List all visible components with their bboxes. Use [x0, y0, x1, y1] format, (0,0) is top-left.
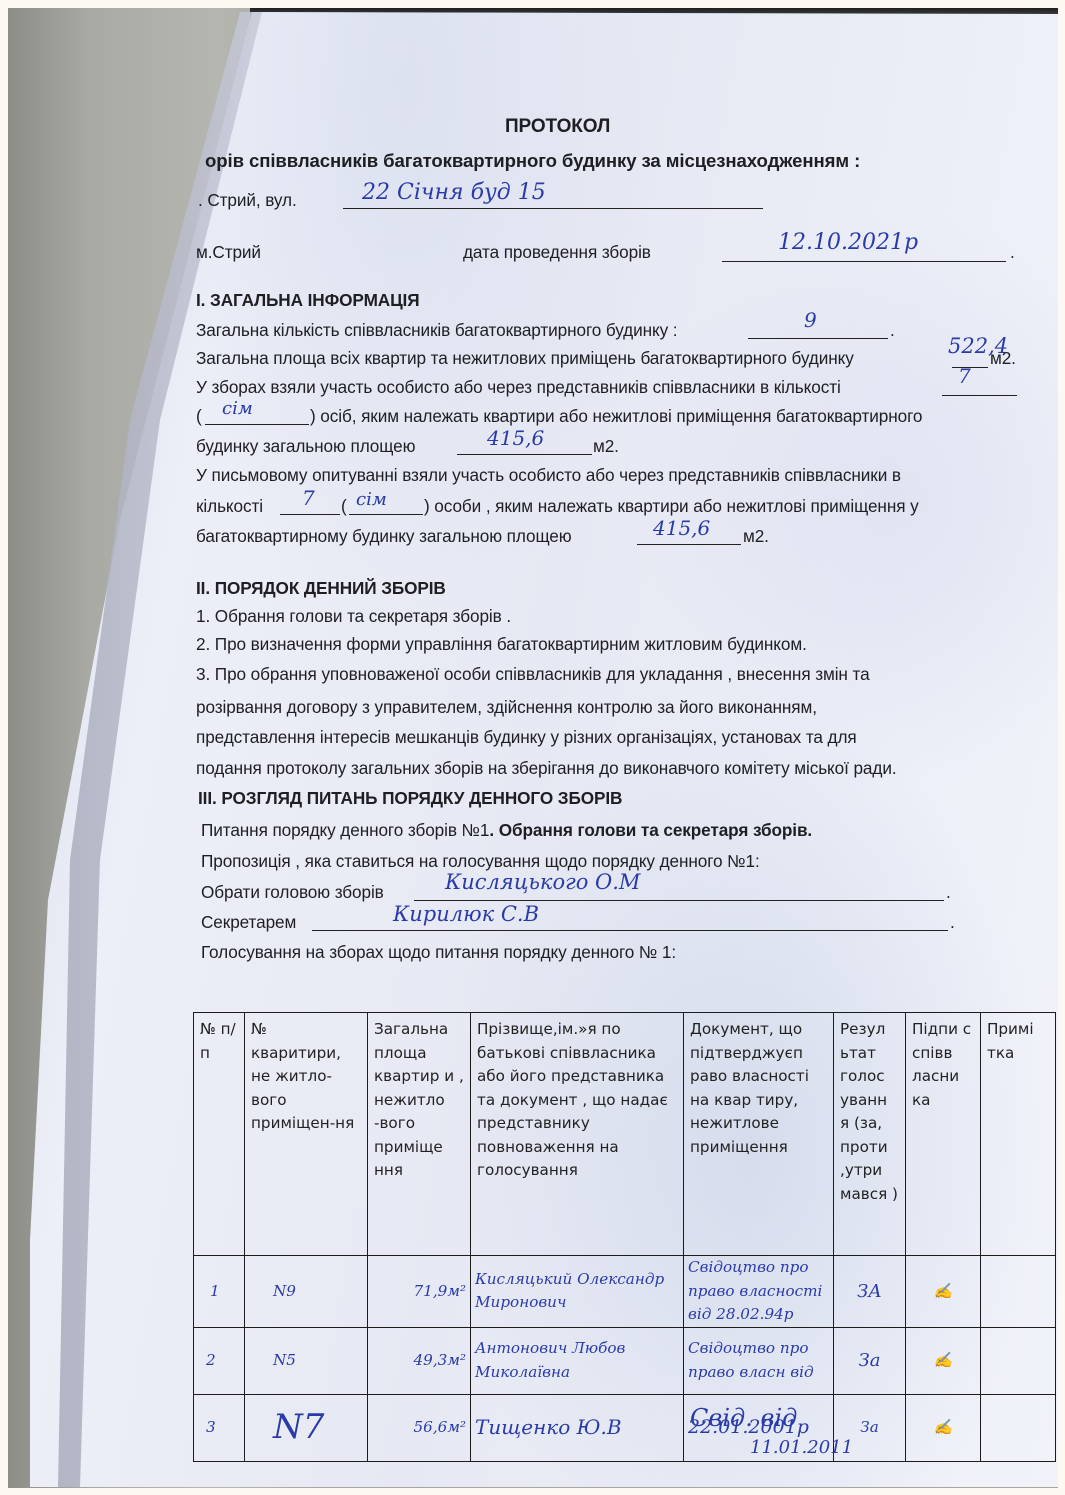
ownership-document[interactable]: Свідоцтво про право власн від: [684, 1327, 834, 1394]
header-row-number: № п/п: [194, 1013, 245, 1256]
city-label: м.Стрий: [196, 242, 261, 263]
total-owners-suffix: .: [890, 320, 895, 341]
owner-name[interactable]: Кисляцький Олександр Миронович: [471, 1256, 684, 1328]
header-vote-result: Резул ьтат голос уванн я (за, проти ,утр…: [834, 1013, 906, 1256]
written-words-open: (: [341, 496, 347, 517]
agenda-item-1: 1. Обрання голови та секретаря зборів .: [196, 606, 511, 627]
apartment-area[interactable]: 56,6м²: [368, 1394, 471, 1461]
chair-suffix: .: [946, 882, 951, 903]
vote-result[interactable]: ЗА: [834, 1256, 906, 1328]
table-row: 3 N7 56,6м² Тищенко Ю.В 22.01.2001р За ✍: [194, 1394, 1056, 1461]
secretary-suffix: .: [950, 912, 955, 933]
written-area-value[interactable]: 415,6: [653, 516, 710, 540]
apartment-number[interactable]: N9: [245, 1256, 368, 1328]
meeting-date[interactable]: 12.10.2021р: [778, 230, 918, 255]
written-words-rest: ) особи , яким належать квартири або неж…: [424, 496, 919, 517]
written-count[interactable]: 7: [302, 486, 315, 510]
row-number: 1: [194, 1256, 245, 1328]
attended-area-value[interactable]: 415,6: [487, 426, 544, 450]
written-area-label: багатоквартирному будинку загальною площ…: [196, 526, 572, 547]
vote-result[interactable]: За: [834, 1327, 906, 1394]
secretary-value[interactable]: Кирилюк С.В: [393, 902, 539, 926]
total-area-suffix: м2.: [990, 348, 1016, 369]
note[interactable]: [981, 1327, 1056, 1394]
total-area-label: Загальна площа всіх квартир та нежитлови…: [196, 348, 854, 369]
chair-label: Обрати головою зборів: [201, 882, 384, 903]
total-owners-underline: [748, 338, 888, 339]
ownership-document[interactable]: Свідоцтво про право власності від 28.02.…: [684, 1256, 834, 1328]
secretary-label: Секретарем: [201, 912, 296, 933]
section-1-heading: І. ЗАГАЛЬНА ІНФОРМАЦІЯ: [196, 290, 419, 311]
written-count-words[interactable]: сім: [356, 489, 387, 510]
voting-table: № п/п № кваритири, не житло-вого приміще…: [193, 1012, 1056, 1462]
note[interactable]: [981, 1256, 1056, 1328]
table-row: 2 N5 49,3м² Антонович Любов Миколаївна С…: [194, 1327, 1056, 1394]
agenda-item-3-cont-3: подання протоколу загальних зборів на зб…: [196, 758, 897, 779]
owner-name[interactable]: Антонович Любов Миколаївна: [471, 1327, 684, 1394]
agenda-item-3: 3. Про обрання уповноваженої особи співв…: [196, 664, 870, 685]
agenda-item-3-cont-1: розірвання договору з управителем, здійс…: [196, 697, 817, 718]
attended-words-open: (: [196, 406, 202, 427]
apartment-area[interactable]: 49,3м²: [368, 1327, 471, 1394]
written-words-underline: [349, 514, 423, 515]
attended-area-label: будинку загальною площею: [196, 436, 415, 457]
voting-label: Голосування на зборах щодо питання поряд…: [201, 942, 676, 963]
attended-area-underline: [457, 454, 592, 455]
section-3-heading: ІІІ. РОЗГЛЯД ПИТАНЬ ПОРЯДКУ ДЕННОГО ЗБОР…: [198, 788, 622, 809]
agenda-item-2: 2. Про визначення форми управління багат…: [196, 634, 807, 655]
attended-count[interactable]: 7: [958, 364, 971, 388]
date-label: дата проведення зборів: [463, 242, 651, 263]
header-note: Примі тка: [981, 1013, 1056, 1256]
address-label: . Стрий, вул.: [198, 190, 297, 211]
signature-icon: ✍: [906, 1256, 981, 1328]
attended-label: У зборах взяли участь особисто або через…: [196, 377, 841, 398]
date-underline: [722, 261, 1006, 262]
chair-underline: [414, 900, 944, 901]
attended-words-underline: [205, 424, 309, 425]
secretary-underline: [312, 930, 948, 931]
written-survey-label: У письмовому опитуванні взяли участь осо…: [196, 465, 901, 486]
question-1-title: . Обрання голови та секретаря зборів.: [489, 820, 812, 840]
document-title: ПРОТОКОЛ: [505, 116, 610, 138]
header-apartment: № кваритири, не житло-вого приміщен-ня: [245, 1013, 368, 1256]
attended-area-suffix: м2.: [593, 436, 619, 457]
proposal-label: Пропозиція , яка ставиться на голосуванн…: [201, 851, 760, 872]
total-owners-value[interactable]: 9: [804, 308, 817, 332]
written-count-label: кількості: [196, 496, 263, 517]
document-note-line-2: 11.01.2011: [750, 1437, 853, 1458]
signature-icon: ✍: [906, 1327, 981, 1394]
document-subtitle: орів співвласників багатоквартирного буд…: [205, 150, 860, 172]
apartment-number[interactable]: N7: [245, 1394, 368, 1461]
document-note-line-1: Свід. від: [690, 1404, 797, 1432]
header-ownership-document: Документ, що підтверджуєп раво власності…: [684, 1013, 834, 1256]
total-owners-label: Загальна кількість співвласників багаток…: [196, 320, 677, 341]
written-area-underline: [637, 544, 741, 545]
table-header-row: № п/п № кваритири, не житло-вого приміще…: [194, 1013, 1056, 1256]
address-value[interactable]: 22 Січня буд 15: [362, 180, 546, 205]
table-row: 1 N9 71,9м² Кисляцький Олександр Миронов…: [194, 1256, 1056, 1328]
owner-name[interactable]: Тищенко Ю.В: [471, 1394, 684, 1461]
written-count-underline: [280, 514, 340, 515]
section-2-heading: ІІ. ПОРЯДОК ДЕННИЙ ЗБОРІВ: [196, 578, 446, 599]
note[interactable]: [981, 1394, 1056, 1461]
apartment-area[interactable]: 71,9м²: [368, 1256, 471, 1328]
chair-value[interactable]: Кисляцького О.М: [445, 870, 640, 894]
apartment-number[interactable]: N5: [245, 1327, 368, 1394]
attended-count-words[interactable]: сім: [222, 398, 253, 419]
attended-underline: [942, 395, 1017, 396]
header-area: Загальна площа квартир и , нежитло -вого…: [368, 1013, 471, 1256]
agenda-item-3-cont-2: представлення інтересів мешканців будинк…: [196, 727, 857, 748]
written-area-suffix: м2.: [743, 526, 769, 547]
signature-icon: ✍: [906, 1394, 981, 1461]
attended-words-rest: ) осіб, яким належать квартири або нежит…: [310, 406, 922, 427]
header-signature: Підпи с співв ласни ка: [906, 1013, 981, 1256]
question-1-label: Питання порядку денного зборів №1. Обран…: [201, 820, 812, 841]
row-number: 2: [194, 1327, 245, 1394]
address-underline: [343, 208, 763, 209]
header-owner: Прізвище,ім.»я по батькові співвласника …: [471, 1013, 684, 1256]
question-1-prefix: Питання порядку денного зборів №1: [201, 820, 489, 840]
row-number: 3: [194, 1394, 245, 1461]
date-suffix: .: [1010, 242, 1015, 263]
